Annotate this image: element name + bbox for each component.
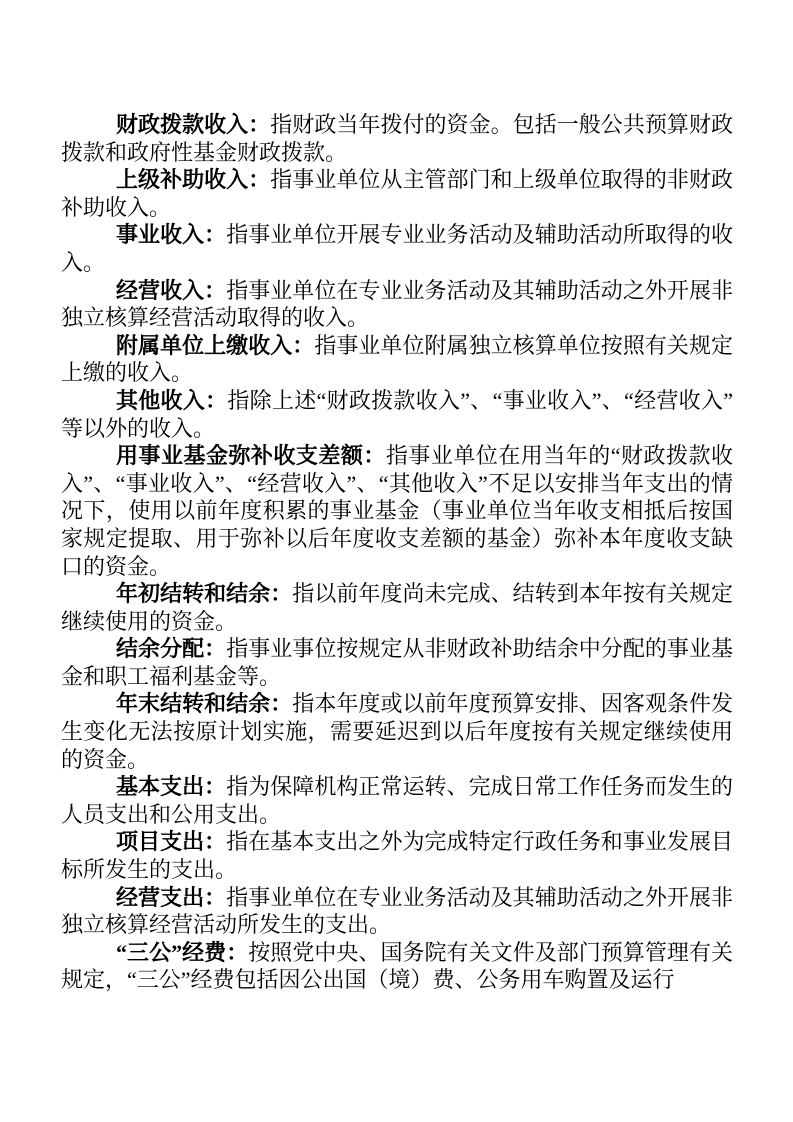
definition-paragraph: 上级补助收入：指事业单位从主管部门和上级单位取得的非财政补助收入。 xyxy=(61,166,733,221)
term-label: 用事业基金弥补收支差额： xyxy=(116,443,386,468)
document-page: 财政拨款收入：指财政当年拨付的资金。包括一般公共预算财政拨款和政府性基金财政拨款… xyxy=(0,0,793,1122)
document-content: 财政拨款收入：指财政当年拨付的资金。包括一般公共预算财政拨款和政府性基金财政拨款… xyxy=(61,111,733,994)
definition-paragraph: 项目支出：指在基本支出之外为完成特定行政任务和事业发展目标所发生的支出。 xyxy=(61,828,733,883)
term-label: 项目支出： xyxy=(116,829,226,854)
definition-paragraph: 结余分配：指事业事位按规定从非财政补助结余中分配的事业基金和职工福利基金等。 xyxy=(61,635,733,690)
term-label: 基本支出： xyxy=(116,774,226,799)
term-label: 附属单位上缴收入： xyxy=(116,333,314,358)
definition-paragraph: 其他收入：指除上述“财政拨款收入”、“事业收入”、“经营收入”等以外的收入。 xyxy=(61,387,733,442)
definition-paragraph: 用事业基金弥补收支差额：指事业单位在用当年的“财政拨款收入”、“事业收入”、“经… xyxy=(61,442,733,580)
term-label: 结余分配： xyxy=(116,636,226,661)
definition-paragraph: 经营收入：指事业单位在专业业务活动及其辅助活动之外开展非独立核算经营活动取得的收… xyxy=(61,277,733,332)
term-label: “三公”经费： xyxy=(116,940,248,965)
term-label: 经营支出： xyxy=(116,885,226,910)
term-label: 其他收入： xyxy=(116,388,227,413)
definition-paragraph: 基本支出：指为保障机构正常运转、完成日常工作任务而发生的人员支出和公用支出。 xyxy=(61,773,733,828)
term-label: 经营收入： xyxy=(116,278,226,303)
definition-paragraph: 年初结转和结余：指以前年度尚未完成、结转到本年按有关规定继续使用的资金。 xyxy=(61,580,733,635)
definition-paragraph: 经营支出：指事业单位在专业业务活动及其辅助活动之外开展非独立核算经营活动所发生的… xyxy=(61,884,733,939)
definition-paragraph: “三公”经费：按照党中央、国务院有关文件及部门预算管理有关规定，“三公”经费包括… xyxy=(61,939,733,994)
definition-paragraph: 财政拨款收入：指财政当年拨付的资金。包括一般公共预算财政拨款和政府性基金财政拨款… xyxy=(61,111,733,166)
definition-paragraph: 事业收入：指事业单位开展专业业务活动及辅助活动所取得的收入。 xyxy=(61,221,733,276)
term-label: 事业收入： xyxy=(116,222,226,247)
term-label: 上级补助收入： xyxy=(116,167,270,192)
definition-paragraph: 附属单位上缴收入：指事业单位附属独立核算单位按照有关规定上缴的收入。 xyxy=(61,332,733,387)
definition-paragraph: 年末结转和结余：指本年度或以前年度预算安排、因客观条件发生变化无法按原计划实施，… xyxy=(61,690,733,773)
term-label: 财政拨款收入： xyxy=(116,112,270,137)
term-label: 年末结转和结余： xyxy=(116,691,292,716)
term-label: 年初结转和结余： xyxy=(116,581,292,606)
